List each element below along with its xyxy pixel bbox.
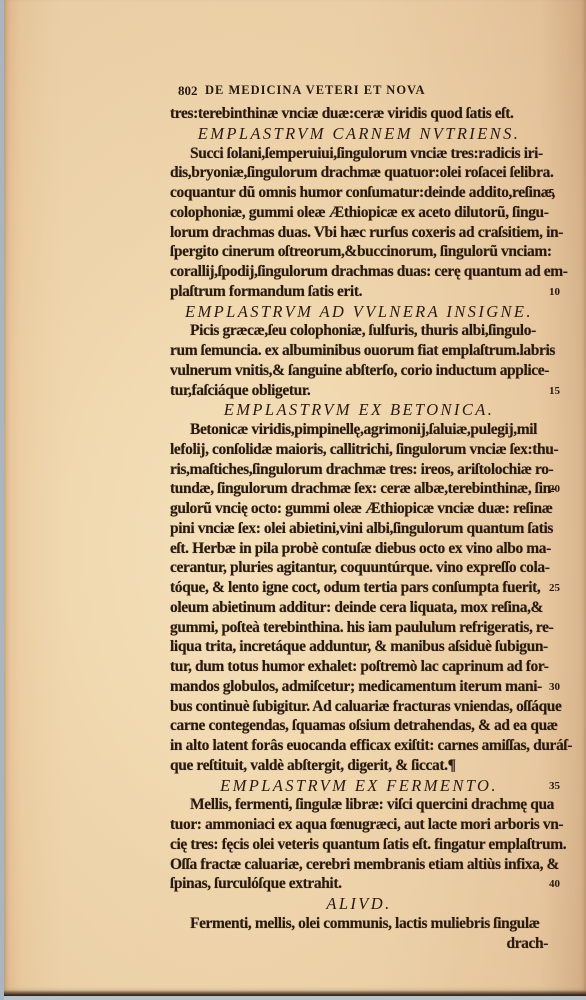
text-line: colophoniæ, gummi oleæ Æthiopicæ ex acet… <box>170 203 548 223</box>
text-line: rum ſemuncia. ex albuminibus ouorum fiat… <box>170 341 548 361</box>
text-line: tuor: ammoniaci ex aqua fœnugræci, aut l… <box>170 815 548 835</box>
text-line: ſpinas, ſurculóſque extrahit. <box>170 874 548 894</box>
text-line: que reſtituit, valdè abſtergit, digerit,… <box>170 756 548 776</box>
section-heading: ALIVD. <box>170 894 548 914</box>
line-number-marker: 40 <box>549 874 560 894</box>
text-line: oleum abietinum additur: deinde cera liq… <box>170 598 548 618</box>
line-number-marker: 25 <box>549 578 560 598</box>
section-heading: EMPLASTRVM EX BETONICA. <box>170 400 548 420</box>
text-line: dis,bryoniæ,ſingulorum drachmæ quatuor:o… <box>170 163 548 183</box>
text-line: liqua trita, incretáque adduntur, & mani… <box>170 637 548 657</box>
text-line: Oſſa fractæ caluariæ, cerebri membranis … <box>170 855 548 875</box>
section-heading: EMPLASTRVM AD VVLNERA INSIGNE. <box>170 302 548 322</box>
paragraph-first-line: Mellis, fermenti, ſingulæ libræ: viſci q… <box>190 795 548 815</box>
text-line: in alto latent forâs euocanda efficax ex… <box>170 736 548 756</box>
line-number-marker: 5 <box>549 183 555 203</box>
text-line: gulorũ vncię octo: gummi oleæ Æthiopicæ … <box>170 499 548 519</box>
page-number: 802 <box>178 83 198 99</box>
paragraph-first-line: Picis græcæ,ſeu colophoniæ, ſulfuris, th… <box>190 321 548 341</box>
section-heading: EMPLASTRVM CARNEM NVTRIENS. <box>170 124 548 144</box>
paragraph-first-line: Succi ſolani,ſemperuiui,ſingulorum vnciæ… <box>190 144 548 164</box>
line-number-marker: 10 <box>549 282 560 302</box>
text-line: bus continuè ſubigitur. Ad caluariæ frac… <box>170 697 548 717</box>
line-number-marker: 30 <box>549 677 560 697</box>
running-head: DE MEDICINA VETERI ET NOVA <box>205 83 426 98</box>
text-line: tur,faſciáque obligetur. <box>170 381 548 401</box>
text-line: plaſtrum formandum ſatis erit. <box>170 282 548 302</box>
text-line: ris,maſtiches,ſingulorum drachmæ tres: i… <box>170 460 548 480</box>
text-line: lefolij, conſolidæ maioris, callitrichi,… <box>170 440 548 460</box>
line-number-marker: 35 <box>549 776 560 796</box>
line-number-marker: 15 <box>549 381 560 401</box>
page-text: 802 DE MEDICINA VETERI ET NOVA tres:tere… <box>0 0 586 1000</box>
text-line: carne contegendas, ſquamas oſsium detrah… <box>170 716 548 736</box>
text-line: pini vnciæ ſex: olei abietini,vini albi,… <box>170 519 548 539</box>
catchword: drach- <box>170 934 548 954</box>
text-line: eſt. Herbæ in pila probè contuſæ diebus … <box>170 539 548 559</box>
text-line: cię tres: fęcis olei veteris quantum ſat… <box>170 835 548 855</box>
text-line: mandos globulos, admiſcetur; medicamentu… <box>170 677 548 697</box>
paragraph-first-line: Betonicæ viridis,pimpinellę,agrimonij,ſa… <box>190 420 548 440</box>
text-line: tur, dum totus humor exhalet: poſtremò l… <box>170 657 548 677</box>
text-line: cerantur, pluries agitantur, coquuntúrqu… <box>170 558 548 578</box>
text-line: lorum drachmas duas. Vbi hæc rurſus coxe… <box>170 223 548 243</box>
text-line: tres:terebinthinæ vnciæ duæ:ceræ viridis… <box>170 104 548 124</box>
text-line: ſpergito cinerum oſtreorum,&buccinorum, … <box>170 242 548 262</box>
text-line: vulnerum vnitis,& ſanguine abſterſo, cor… <box>170 361 548 381</box>
text-line: tundæ, ſingulorum drachmæ ſex: ceræ albæ… <box>170 479 548 499</box>
line-number-marker: 20 <box>549 479 560 499</box>
text-line: coquantur dũ omnis humor conſumatur:dein… <box>170 183 548 203</box>
paragraph-first-line: Fermenti, mellis, olei communis, lactis … <box>190 914 548 934</box>
text-line: tóque, & lento igne coct, odum tertia pa… <box>170 578 548 598</box>
text-line: corallij,ſpodij,ſingulorum drachmas duas… <box>170 262 548 282</box>
text-line: gummi, poſteà terebinthina. his iam paul… <box>170 618 548 638</box>
section-heading: EMPLASTRVM EX FERMENTO. <box>170 776 548 796</box>
